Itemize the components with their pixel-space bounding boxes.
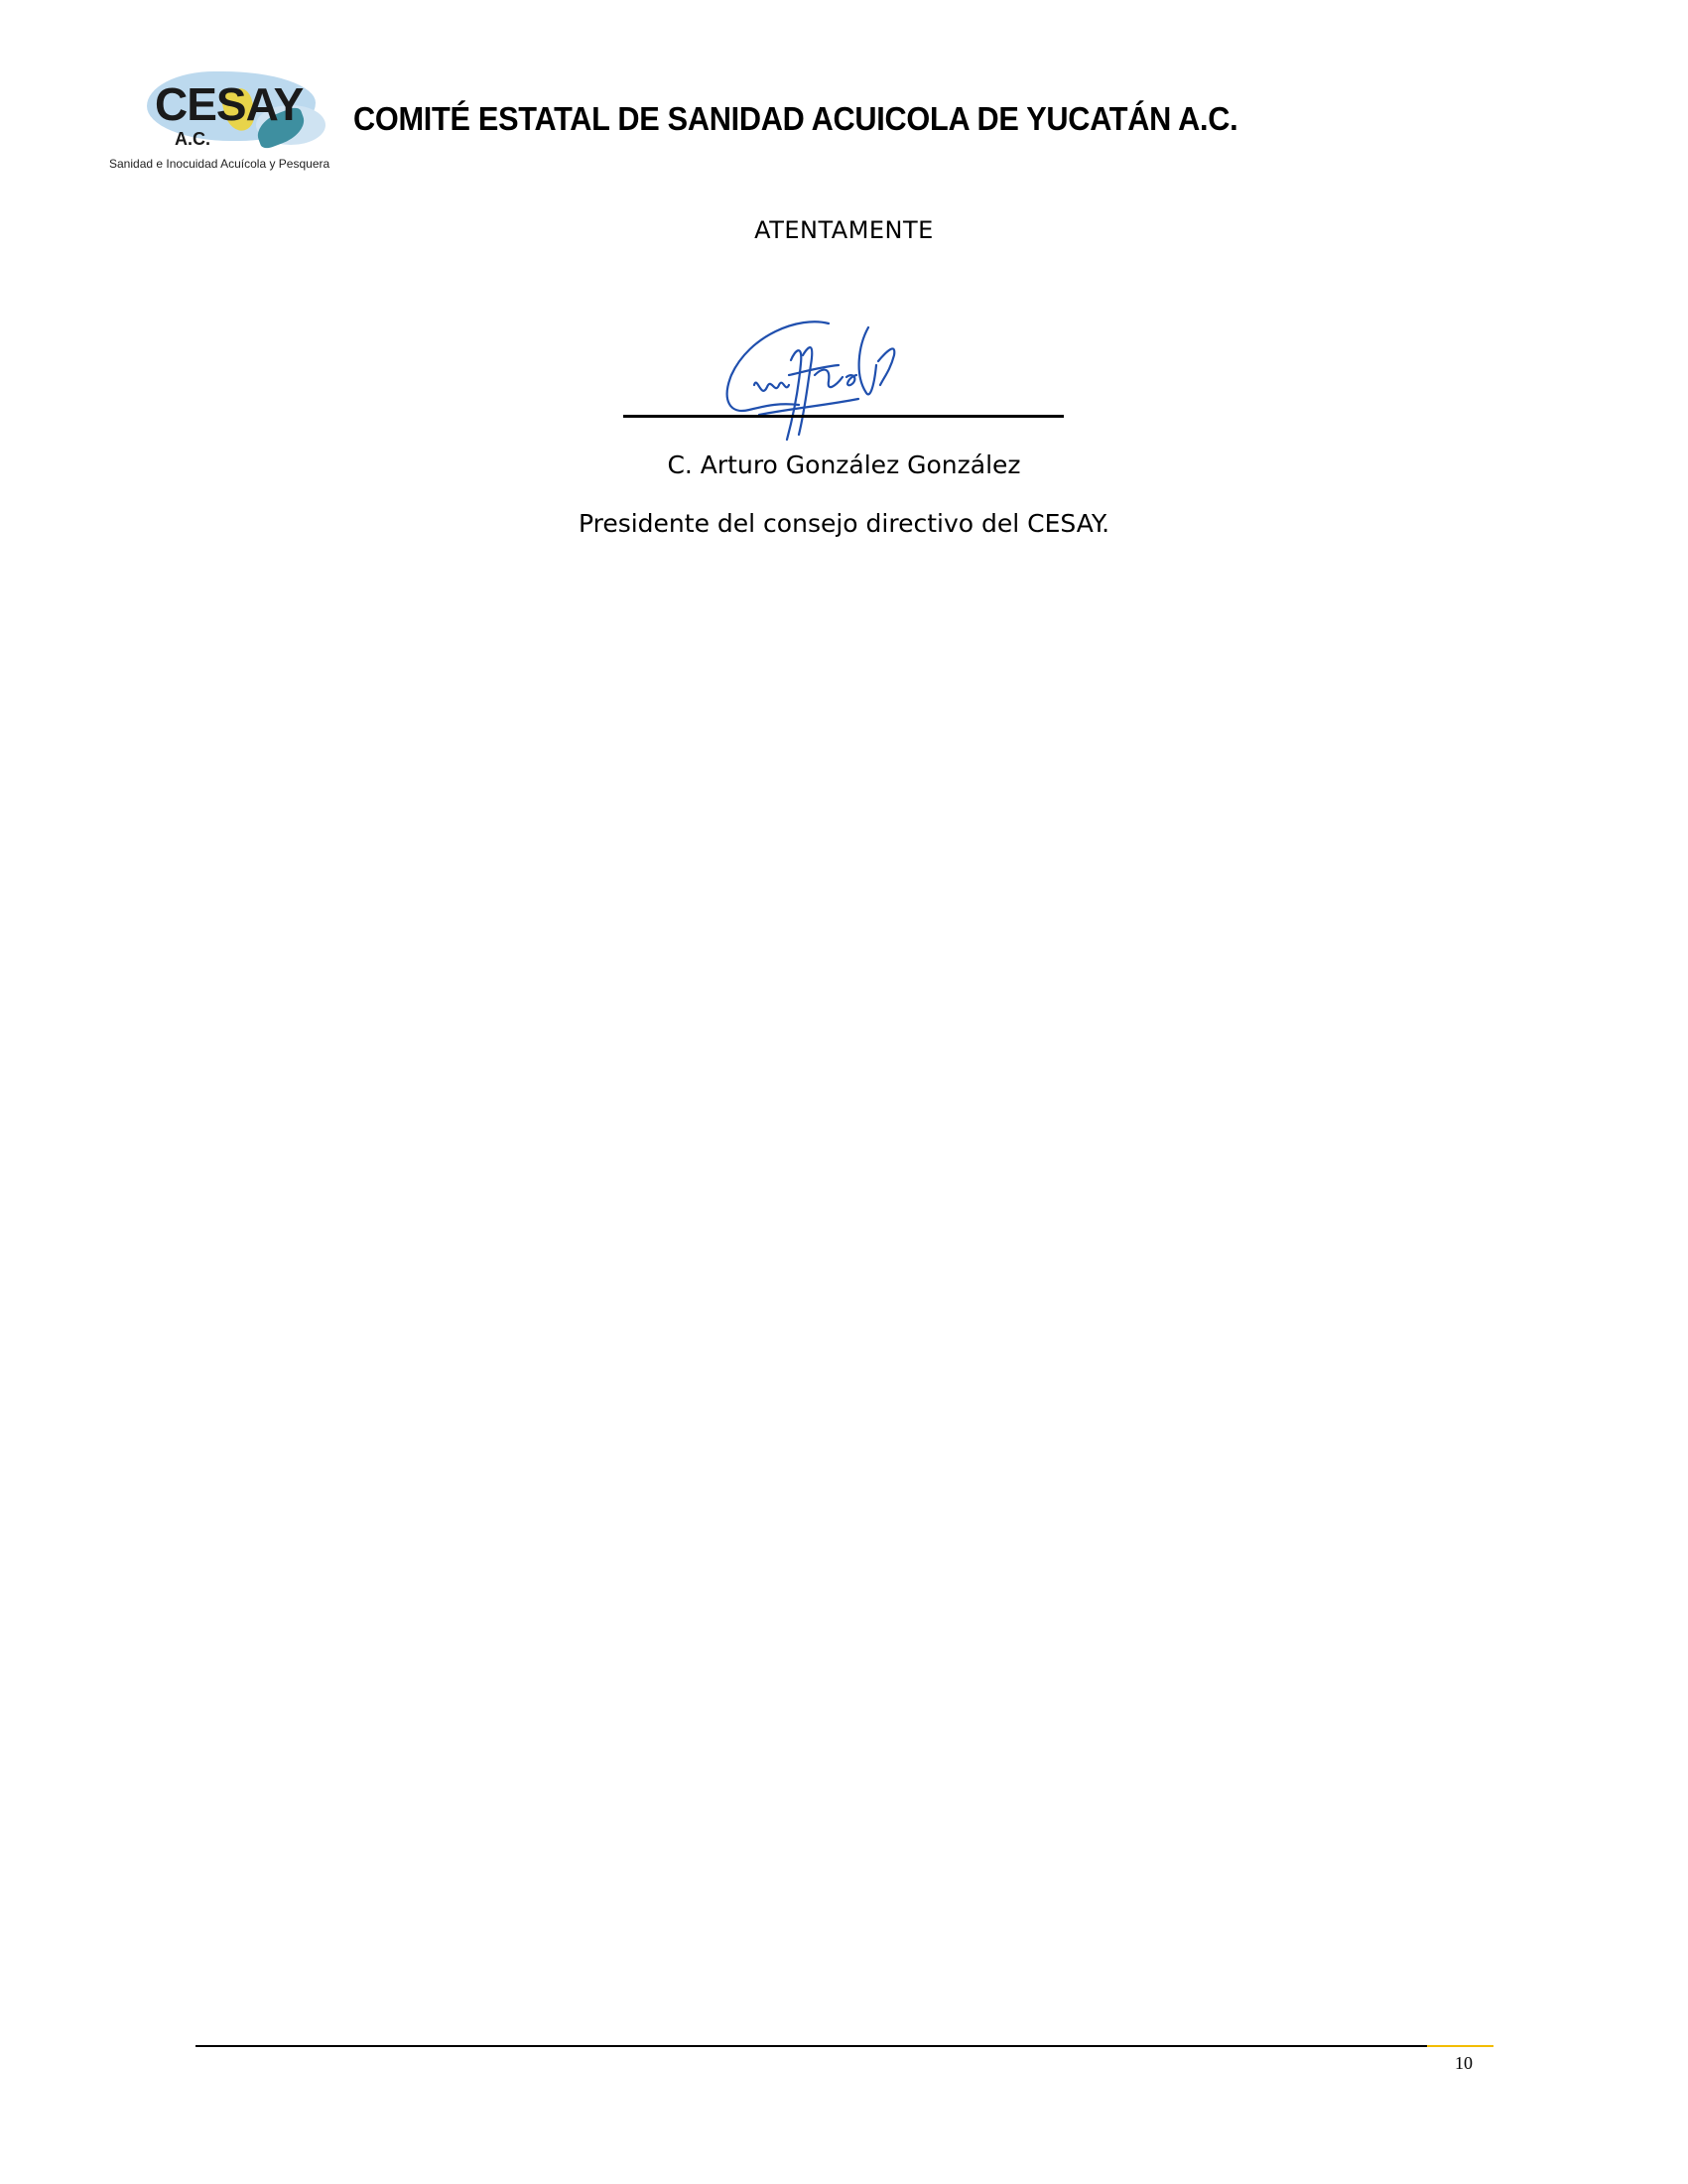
closing-salutation: ATENTAMENTE	[0, 216, 1688, 244]
organization-title: COMITÉ ESTATAL DE SANIDAD ACUICOLA DE YU…	[353, 100, 1237, 138]
handwritten-signature	[719, 316, 928, 445]
footer-rule	[195, 2045, 1427, 2047]
logo-tagline: Sanidad e Inocuidad Acuícola y Pesquera	[109, 157, 329, 171]
signer-name: C. Arturo González González	[0, 450, 1688, 479]
cesay-logo: CESAY A.C. Sanidad e Inocuidad Acuícola …	[107, 65, 345, 175]
logo-wordmark: CESAY	[155, 77, 303, 131]
footer-rule-accent	[1427, 2045, 1493, 2047]
logo-suffix: A.C.	[175, 129, 210, 150]
signature-line	[623, 415, 1064, 418]
signer-role: Presidente del consejo directivo del CES…	[0, 509, 1688, 538]
page-number: 10	[1455, 2053, 1473, 2074]
